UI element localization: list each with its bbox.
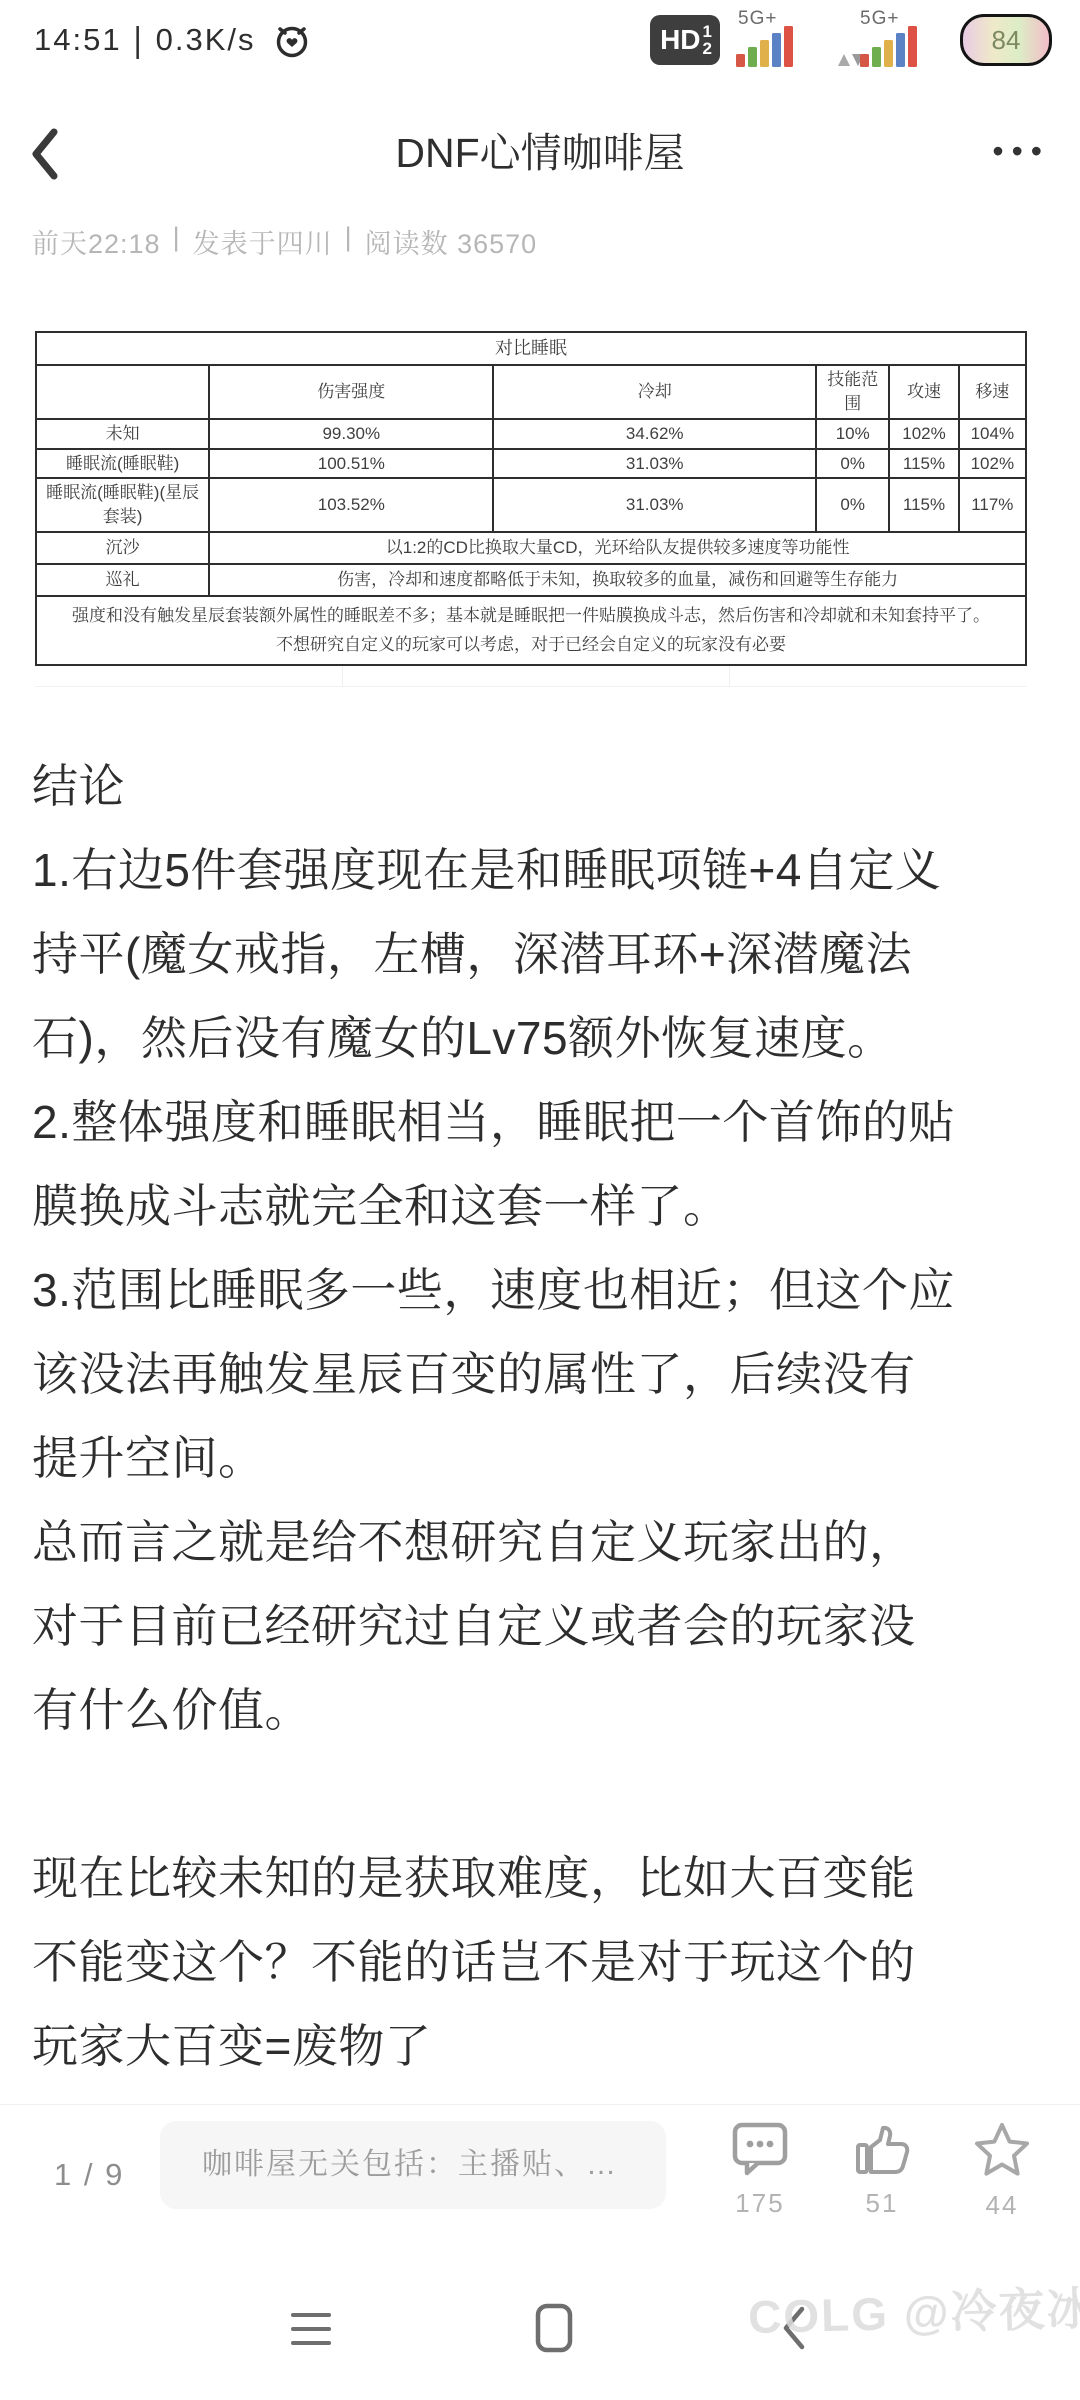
header-cell: 攻速	[889, 365, 958, 419]
watermark: COLG @冷夜冰心	[747, 2271, 1080, 2347]
cell: 31.03%	[493, 449, 816, 479]
recents-button[interactable]	[288, 2310, 334, 2353]
header-cell	[36, 365, 209, 419]
more-menu-button[interactable]: •••	[992, 112, 1050, 194]
meta-divider: |	[345, 222, 353, 261]
hd-sim1: 1	[703, 23, 712, 40]
status-separator: |	[132, 19, 146, 60]
row-label: 睡眠流(睡眠鞋)	[36, 449, 209, 479]
thumbs-up-icon	[853, 2121, 911, 2177]
table-title-row: 对比睡眠	[36, 332, 1026, 365]
table-footer: 强度和没有触发星辰套装额外属性的睡眠差不多；基本就是睡眠把一件贴膜换成斗志，然后…	[36, 596, 1026, 666]
cell: 102%	[959, 449, 1026, 479]
back-chevron-icon	[26, 124, 66, 184]
note-text: 以1:2的CD比换取大量CD，光环给队友提供较多速度等功能性	[209, 532, 1026, 564]
cell: 31.03%	[493, 478, 816, 532]
row-label: 未知	[36, 419, 209, 449]
alarm-icon	[272, 20, 312, 60]
header-cell: 伤害强度	[209, 365, 493, 419]
hd-sim2: 2	[703, 40, 712, 57]
cell: 103.52%	[209, 478, 493, 532]
row-label: 沉沙	[36, 532, 209, 564]
menu-lines-icon	[288, 2310, 334, 2348]
cell: 99.30%	[209, 419, 493, 449]
header-cell: 冷却	[493, 365, 816, 419]
table-row: 未知 99.30% 34.62% 10% 102% 104%	[36, 419, 1026, 449]
sim2-signal-bars	[860, 26, 917, 67]
home-square-icon	[534, 2302, 574, 2354]
favorite-button[interactable]: 44	[954, 2121, 1050, 2221]
comparison-table-image[interactable]: 对比睡眠 伤害强度 冷却 技能范围 攻速 移速 未知 99.30% 34.62%…	[35, 331, 1027, 687]
sim1-signal-icon: 5G+	[736, 11, 822, 69]
table-row: 睡眠流(睡眠鞋)(星辰套装) 103.52% 31.03% 0% 115% 11…	[36, 478, 1026, 532]
meta-divider: |	[173, 222, 181, 261]
home-button[interactable]	[534, 2302, 574, 2359]
header-cell: 技能范围	[816, 365, 889, 419]
hd-sim-numbers: 1 2	[703, 23, 712, 57]
header-cell: 移速	[959, 365, 1026, 419]
post-meta: 前天22:18 | 发表于四川 | 阅读数 36570	[32, 222, 537, 261]
star-icon	[972, 2121, 1032, 2179]
table-row: 睡眠流(睡眠鞋) 100.51% 31.03% 0% 115% 102%	[36, 449, 1026, 479]
status-left: 14:51 | 0.3K/s	[34, 20, 312, 60]
spreadsheet-gridline-remnant	[35, 666, 1027, 687]
clock-time: 14:51	[34, 22, 122, 58]
row-label: 巡礼	[36, 564, 209, 596]
hd-label: HD	[660, 24, 700, 56]
cell: 0%	[816, 449, 889, 479]
note-text: 伤害，冷却和速度都略低于未知，换取较多的血量，减伤和回避等生存能力	[209, 564, 1026, 596]
table-note-row: 沉沙 以1:2的CD比换取大量CD，光环给队友提供较多速度等功能性	[36, 532, 1026, 564]
reply-input[interactable]	[160, 2121, 666, 2209]
post-body-text: 结论 1.右边5件套强度现在是和睡眠项链+4自定义 持平(魔女戒指，左槽，深潜耳…	[32, 744, 1050, 2088]
table-note-row: 巡礼 伤害，冷却和速度都略低于未知，换取较多的血量，减伤和回避等生存能力	[36, 564, 1026, 596]
cell: 102%	[889, 419, 958, 449]
comment-count: 175	[712, 2188, 808, 2219]
cell: 100.51%	[209, 449, 493, 479]
screen: 14:51 | 0.3K/s HD 1 2 5G+	[0, 0, 1080, 2400]
post-location: 发表于四川	[193, 222, 333, 261]
cell: 104%	[959, 419, 1026, 449]
status-bar: 14:51 | 0.3K/s HD 1 2 5G+	[34, 12, 1052, 68]
table-footer-row: 强度和没有触发星辰套装额外属性的睡眠差不多；基本就是睡眠把一件贴膜换成斗志，然后…	[36, 596, 1026, 666]
cell: 10%	[816, 419, 889, 449]
footer-line: 不想研究自定义的玩家可以考虑，对于已经会自定义的玩家没有必要	[47, 630, 1015, 660]
row-label: 睡眠流(睡眠鞋)(星辰套装)	[36, 478, 209, 532]
back-button[interactable]	[26, 124, 72, 184]
title-bar: DNF心情咖啡屋 •••	[0, 112, 1080, 194]
sim2-signal-icon: 5G+	[838, 11, 944, 69]
post-view-count: 阅读数 36570	[365, 222, 538, 261]
battery-percent: 84	[992, 25, 1021, 56]
cell: 34.62%	[493, 419, 816, 449]
table-title: 对比睡眠	[36, 332, 1026, 365]
footer-line: 强度和没有触发星辰套装额外属性的睡眠差不多；基本就是睡眠把一件贴膜换成斗志，然后…	[47, 601, 1015, 631]
cell: 117%	[959, 478, 1026, 532]
like-button[interactable]: 51	[834, 2121, 930, 2219]
comment-button[interactable]: 175	[712, 2121, 808, 2219]
favorite-count: 44	[954, 2190, 1050, 2221]
status-right: HD 1 2 5G+ 5G+ 84	[650, 11, 1052, 69]
cell: 115%	[889, 449, 958, 479]
table-header-row: 伤害强度 冷却 技能范围 攻速 移速	[36, 365, 1026, 419]
comment-bubble-icon	[731, 2121, 789, 2177]
page-title: DNF心情咖啡屋	[0, 112, 1080, 194]
post-time: 前天22:18	[32, 222, 161, 261]
page-indicator: 1 / 9	[54, 2157, 124, 2193]
volte-hd-icon: HD 1 2	[650, 15, 720, 65]
cell: 0%	[816, 478, 889, 532]
cell: 115%	[889, 478, 958, 532]
network-speed: 0.3K/s	[156, 22, 256, 58]
bottom-toolbar: 1 / 9 175 51 44	[0, 2104, 1080, 2251]
sim1-signal-bars	[736, 26, 793, 67]
comparison-table: 对比睡眠 伤害强度 冷却 技能范围 攻速 移速 未知 99.30% 34.62%…	[35, 331, 1027, 666]
like-count: 51	[834, 2188, 930, 2219]
battery-icon: 84	[960, 14, 1052, 66]
